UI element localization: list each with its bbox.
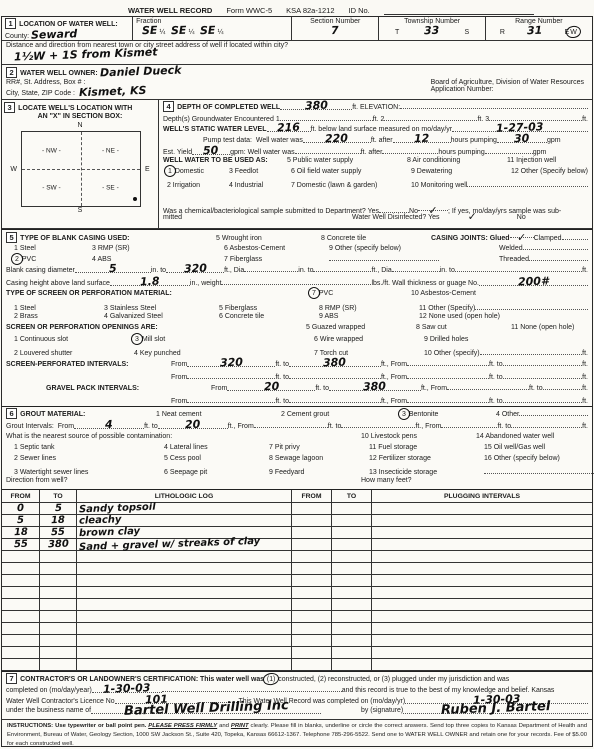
grout-other: 4 Other [496,411,519,418]
contamination-watertight: 3 Watertight sewer lines [6,469,164,476]
completed-date-value: 1-30-03 [103,682,151,695]
licence-label: Water Well Contractor's Licence No [6,698,115,705]
plugging-interval-cell [372,527,592,538]
plug-from-cell [292,659,332,670]
welded-label: Welded [499,245,523,252]
pump-pumping-label: hours pumping [451,137,497,144]
use-industrial: 4 Industrial [229,182,291,189]
header-lithologic-log: LITHOLOGIC LOG [77,490,292,502]
how-many-feet-label: How many feet? [361,477,412,484]
range-value: 31 [527,25,543,37]
grout-bentonite: 3 Bentonite [401,411,496,418]
sample-tail: ; If yes, mo/day/yrs sample was sub- [448,208,561,215]
yield-gpm-unit: gpm [533,149,547,156]
gi2-from-blank [254,420,328,428]
log-from-cell [2,623,40,634]
openings-mill-slot: 3 Mill slot [134,336,314,343]
si3-from-label: From [171,374,187,381]
yield-after-label: ft. after [361,149,383,156]
section7-number: 7 [6,673,17,684]
table-row [2,575,592,587]
casing-steel: 1 Steel [6,245,92,252]
plug-from-cell [292,515,332,526]
gp3-ft-to: ft. to [275,398,289,405]
openings-mill-num-circled: 3 [134,336,140,343]
grout-bentonite-num-circled: 3 [401,411,407,418]
pump-after-label: ft. after [371,137,393,144]
use-label: WELL WATER TO BE USED AS: [163,157,287,164]
log-from-cell [2,611,40,622]
use-domestic-lawn: 7 Domestic (lawn & garden) [291,182,411,189]
log-to-cell [40,647,77,658]
openings-drilled: 9 Drilled holes [424,336,468,343]
casing-asbestos: 6 Asbestos-Cement [224,245,329,252]
screen-pvc-num-circled: 7 [311,290,317,297]
openings-saw-cut: 8 Saw cut [416,324,511,331]
distance-value: 1½W + 1S from Kismet [14,46,158,62]
groundwater-2-blank [384,113,477,121]
contamination-livestock: 10 Livestock pens [361,433,476,440]
si-ft-to: ft. to [275,361,289,368]
table-row: 05Sandy topsoil [2,503,592,515]
weight-blank [221,277,371,285]
screen-none-used: 12 None used (open hole) [419,313,500,320]
grout-to-value: 20 [185,419,201,431]
grout-from-value: 4 [105,419,113,430]
plug-to-cell [332,575,372,586]
yield-depth-blank [295,146,361,154]
quarter-1: ¼ [160,29,166,36]
use-monitoring-well: 10 Monitoring well [411,182,467,189]
form-number: Form WWC-5 [226,6,272,15]
plug-from-cell [292,527,332,538]
gravel-interval-from: 20 [264,381,280,393]
county-value: Seward [31,28,78,41]
lithologic-table-header: FROM TO LITHOLOGIC LOG FROM TO PLUGGING … [2,490,592,503]
contamination-other-blank [484,466,594,474]
section3-4-row: 3LOCATE WELL'S LOCATION WITH AN "X" IN S… [2,100,592,229]
casing-pvc-num-circled: 2 [14,256,20,263]
gp3-ft-from: ft., From [381,398,407,405]
log-from-cell [2,635,40,646]
gp2-ft-to: ft. to [529,385,543,392]
diameter-value: 5 [109,263,117,274]
water-well-record-form: WATER WELL RECORD Form WWC-5 KSA 82a-121… [0,0,594,749]
log-to-cell: 380 [40,539,77,550]
plug-from-cell [292,599,332,610]
log-description-cell: Sandy topsoil [77,503,292,514]
sample-yes-blank [379,205,409,213]
groundwater-2: ft. 2 [373,116,385,123]
well-location-dot [133,197,137,201]
si3-to-blank [289,371,381,379]
contamination-cess-pool: 5 Cess pool [164,455,269,462]
plug-from-cell [292,647,332,658]
si3-from-blank [187,371,275,379]
plugging-interval-cell [372,563,592,574]
log-description-cell [77,599,292,610]
disinfected-no-label: No [517,214,526,221]
screen-other: 11 Other (Specify) [419,305,475,312]
section1-location-row: 1LOCATION OF WATER WELL: County: Seward … [2,17,592,41]
contamination-pit-privy: 7 Pit privy [269,444,369,451]
section5-block: 5TYPE OF BLANK CASING USED: 5 Wrought ir… [2,229,592,406]
weight-label: in., weight [190,280,222,287]
log-to-cell: 55 [40,527,77,538]
distance-row: Distance and direction from nearest town… [2,41,592,65]
screen-steel: 1 Steel [6,305,104,312]
lithologic-table-body: 05Sandy topsoil518cleachy1855brown clay5… [2,503,592,671]
use-domestic: 1 Domestic [163,168,229,175]
diameter-ft-dia: ft., Dia [224,267,244,274]
dia3-in-to: in. to [440,267,455,274]
gp2-to-blank [543,382,583,390]
completed-on-label: completed on (mo/day/year) [6,687,92,694]
pump-gpm-value: 30 [514,133,530,145]
log-description-cell [77,623,292,634]
signature-value: Ruben J. Bartel [441,700,551,717]
contamination-lateral: 4 Lateral lines [164,444,269,451]
grout-bentonite-label: Bentonite [409,411,439,418]
static-level-label: WELL'S STATIC WATER LEVEL [163,126,267,133]
address-row: RR#, St. Address, Box # : City, State, Z… [2,78,592,100]
elevation-blank [400,101,588,109]
screen-galvanized: 4 Galvanized Steel [104,313,219,320]
log-description-cell [77,575,292,586]
openings-louvered: 2 Louvered shutter [6,350,134,357]
grout-cement-grout: 2 Cement grout [281,411,401,418]
plug-to-cell [332,587,372,598]
section-box: - NW - - NE - - SW - - SE - [21,131,141,207]
log-description-cell: Sand + gravel w/ streaks of clay [77,539,292,550]
groundwater-3: ft. 3 [477,116,489,123]
plug-from-cell [292,623,332,634]
gp-from-label: From [211,385,227,392]
owner-title: WATER WELL OWNER: [20,70,98,77]
id-label: ID No. [349,6,370,15]
si4-from-blank [407,371,489,379]
dia3-ft: ft. [582,267,588,274]
log-to-cell [40,659,77,670]
gravel-interval-to: 380 [363,381,386,393]
plug-to-cell [332,539,372,550]
gi3-ft-to: ft. to [497,423,511,430]
use-feedlot: 3 Feedlot [229,168,291,175]
quadrant-se: - SE - [101,184,120,191]
owner-row: 2 WATER WELL OWNER: Daniel Dueck [2,65,592,78]
openings-title: SCREEN OR PERFORATION OPENINGS ARE: [6,324,306,331]
casing-concrete-tile: 8 Concrete tile [321,235,431,242]
township-t: T [395,29,399,36]
plugging-interval-cell [372,503,592,514]
log-to-cell [40,599,77,610]
log-from-cell: 0 [2,503,40,514]
gp2-from-blank [447,382,529,390]
casing-rmp: 3 RMP (SR) [92,245,224,252]
plug-to-cell [332,563,372,574]
si2-ft: ft. [582,361,588,368]
clamped-label: Clamped [534,235,562,242]
instructions-tail: well. [60,741,73,747]
section7-block: 7 CONTRACTOR'S OR LANDOWNER'S CERTIFICAT… [2,671,592,719]
log-to-cell [40,575,77,586]
log-description-cell [77,551,292,562]
depth-value: 380 [305,100,328,112]
log-to-cell: 18 [40,515,77,526]
gi3-from-blank [441,420,497,428]
plugging-interval-cell [372,647,592,658]
section-box-horizontal-dash [22,169,140,170]
log-from-cell [2,659,40,670]
plug-to-cell [332,527,372,538]
table-row [2,587,592,599]
casing-height-label: Casing height above land surface [6,280,110,287]
header-plugging-intervals: PLUGGING INTERVALS [372,490,592,502]
plugging-interval-cell [372,623,592,634]
plug-to-cell [332,647,372,658]
plugging-interval-cell [372,575,592,586]
openings-none: 11 None (open hole) [511,324,574,331]
plug-to-cell [332,599,372,610]
table-row [2,659,592,671]
contamination-insecticide: 13 Insecticide storage [369,469,484,476]
screen-abs: 9 ABS [319,313,419,320]
grout-other-blank [519,408,588,416]
thickness-label: lbs./ft. Wall thickness or guage No. [371,280,479,287]
table-row [2,623,592,635]
pump-hours-value: 12 [414,133,430,145]
completed-date-blank [162,684,342,692]
city-label: City, State, ZIP Code : [6,90,75,97]
log-description-cell [77,659,292,670]
si2-ft-to: ft. to [489,361,503,368]
screen-pvc-label: PVC [319,290,333,297]
header-to-1: TO [40,490,77,502]
section3-panel: 3LOCATE WELL'S LOCATION WITH AN "X" IN S… [2,100,159,228]
gp2-ft: ft. [582,385,588,392]
header-from-2: FROM [292,490,332,502]
log-from-cell [2,647,40,658]
gi-from-label: From [58,423,74,430]
screen-interval-to: 380 [323,357,346,369]
gp4-ft: ft. [582,398,588,405]
gi3-to-blank [511,420,582,428]
section1-number: 1 [5,18,16,29]
city-value: Kismet, KS [79,85,147,98]
section6-block: 6GROUT MATERIAL: 1 Neat cement 2 Cement … [2,406,592,489]
header-to-2: TO [332,490,372,502]
id-blank-line [384,6,534,15]
gi3-ft: ft. [582,423,588,430]
openings-guazed: 5 Guazed wrapped [306,324,416,331]
use-domestic-label: Domestic [175,168,204,175]
pump-test-label: Pump test data: [203,137,252,144]
yield-value: 50 [203,145,219,157]
plug-from-cell [292,611,332,622]
fraction-1: SE [142,25,158,37]
log-description-cell: cleachy [77,515,292,526]
contamination-label: What is the nearest source of possible c… [6,433,361,440]
gp4-ft-to: ft. to [489,398,503,405]
table-row: 518cleachy [2,515,592,527]
screen-rmp: 8 RMP (SR) [319,305,419,312]
log-from-cell [2,599,40,610]
si4-ft-to: ft. to [489,374,503,381]
contamination-sewage-lagoon: 8 Sewage lagoon [269,455,369,462]
diameter-depth-value: 320 [183,263,206,275]
gp3-from-label: From [171,398,187,405]
use-public-water: 5 Public water supply [287,157,407,164]
use-air-conditioning: 8 Air conditioning [407,157,507,164]
form-body: 1LOCATION OF WATER WELL: County: Seward … [1,16,593,747]
location-county-cell: 1LOCATION OF WATER WELL: County: Seward [2,17,133,40]
contamination-septic: 1 Septic tank [6,444,164,451]
contamination-abandoned: 14 Abandoned water well [476,433,554,440]
county-label: County: [5,33,29,40]
table-row [2,635,592,647]
compass-e-label: E [145,166,150,173]
gp3-to-blank [289,395,381,403]
certification-line2: and this record is true to the best of m… [342,687,555,694]
location-section-cell: Section Number 7 [292,17,379,40]
plugging-interval-cell [372,587,592,598]
screen-interval-from: 320 [220,357,243,369]
table-row [2,611,592,623]
plug-from-cell [292,635,332,646]
certification-line1: constructed, (2) reconstructed, or (3) p… [278,676,509,683]
gi-ft-to: ft. to [144,423,158,430]
instructions-constructed: constructed [30,741,60,747]
dia3-depth-blank [455,264,582,272]
table-row [2,563,592,575]
plug-to-cell [332,503,372,514]
log-from-cell [2,587,40,598]
table-row: 55380Sand + gravel w/ streaks of clay [2,539,592,551]
board-label: Board of Agriculture, Division of Water … [431,79,584,86]
si-ft-from: ft., From [381,361,407,368]
section2-number: 2 [6,67,17,78]
quarter-3: ¼ [218,29,224,36]
contamination-fertilizer: 12 Fertilizer storage [369,455,484,462]
diameter-in-to: in. to [151,267,166,274]
range-r: R [500,29,505,36]
casing-fiberglass: 7 Fiberglass [224,256,329,263]
gp-ft-to: ft. to [315,385,329,392]
plug-from-cell [292,575,332,586]
use-oil-field: 6 Oil field water supply [291,168,411,175]
grout-title: GROUT MATERIAL: [20,411,85,418]
plug-to-cell [332,551,372,562]
plug-to-cell [332,623,372,634]
application-number-label: Application Number: [431,86,584,93]
screen-other-blank [475,302,588,310]
screen-stainless: 3 Stainless Steel [104,305,219,312]
log-from-cell: 18 [2,527,40,538]
pump-depth-value: 220 [325,133,348,145]
si4-to-blank [503,371,583,379]
casing-title: TYPE OF BLANK CASING USED: [20,235,129,242]
log-to-cell [40,587,77,598]
lithologic-table: FROM TO LITHOLOGIC LOG FROM TO PLUGGING … [2,489,592,671]
screen-pvc: 7 PVC [311,290,411,297]
owner-name: Daniel Dueck [99,65,181,79]
dia2-depth-blank [313,264,371,272]
casing-pvc: 2 PVC [6,256,92,263]
use-other: 12 Other (Specify below) [511,168,588,175]
openings-other: 10 Other (specify) [424,350,480,357]
sample-tail-2: mitted [163,214,182,221]
plugging-interval-cell [372,551,592,562]
dia2-ft-dia: ft., Dia [371,267,391,274]
header-from-1: FROM [2,490,40,502]
section5-number: 5 [6,232,17,243]
openings-other-blank [480,347,583,355]
constructed-option-circled: (1) [266,676,276,683]
section3-title-1: LOCATE WELL'S LOCATION WITH [18,105,132,112]
plug-from-cell [292,587,332,598]
plug-from-cell [292,539,332,550]
table-row [2,647,592,659]
openings-other-ft: ft. [582,350,588,357]
log-description-cell [77,635,292,646]
contamination-oil-well: 15 Oil well/Gas well [484,444,545,451]
compass-n-label: N [4,122,156,129]
section-number-value: 7 [331,25,339,36]
compass-s-label: S [4,207,156,214]
screen-brass: 2 Brass [6,313,104,320]
log-to-cell [40,623,77,634]
plugging-interval-cell [372,515,592,526]
contamination-other: 16 Other (specify below) [484,455,560,462]
diameter-label: Blank casing diameter [6,267,75,274]
screen-intervals-label: SCREEN-PERFORATED INTERVALS: [6,361,171,368]
plug-from-cell [292,551,332,562]
dia2-in-to: in. to [298,267,313,274]
si2-to-blank [503,358,583,366]
casing-other: 9 Other (specify below) [329,245,439,252]
fraction-3: SE [200,25,216,37]
quadrant-nw: - NW - [41,147,62,154]
log-from-cell [2,551,40,562]
yield-hours-blank [382,146,438,154]
instructions-intro: INSTRUCTIONS: Use typewriter or ball poi… [7,723,148,729]
casing-wrought-iron: 5 Wrought iron [216,235,321,242]
openings-mill-label: Mill slot [142,336,165,343]
groundwater-label: Depth(s) Groundwater Encountered [163,116,274,123]
yield-well-water-label: Well water was [248,149,295,156]
grout-intervals-label: Grout Intervals: [6,423,54,430]
gp-ft-from: ft., From [421,385,447,392]
business-name-label: under the business name of [6,707,91,714]
screen-fiberglass: 5 Fiberglass [219,305,319,312]
ksa-number: KSA 82a-1212 [286,6,334,15]
disinfected-label: Water Well Disinfected? Yes [352,214,440,221]
screen-asbestos: 10 Asbestos-Cement [411,290,476,297]
log-description-cell [77,563,292,574]
casing-joints-label: CASING JOINTS: Glued [431,235,510,242]
threaded-label: Threaded [499,256,529,263]
dia3-blank [392,264,440,272]
log-description-cell [77,611,292,622]
sample-question: Was a chemical/bacteriological sample su… [163,208,379,215]
table-row: 1855brown clay [2,527,592,539]
location-range-cell: Range Number R 31 EW [486,17,592,40]
compass-w-label: W [10,166,17,173]
gi2-to-blank [341,420,415,428]
plug-from-cell [292,563,332,574]
fraction-2: SE [171,25,187,37]
casing-other-blank [329,253,439,261]
